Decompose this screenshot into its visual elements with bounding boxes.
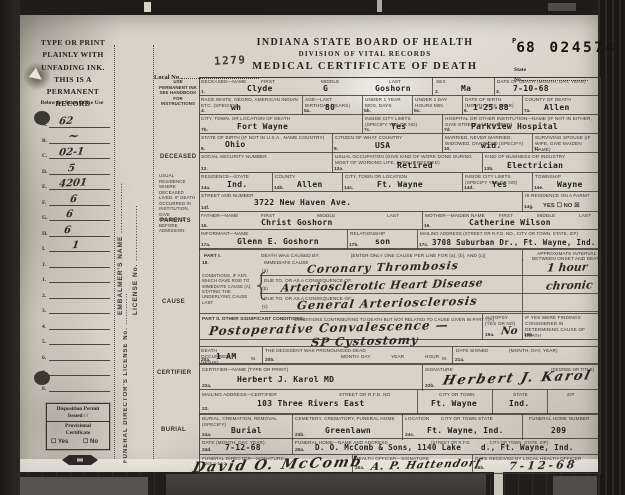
ssn-label: SOCIAL SECURITY NUMBER (201, 154, 267, 160)
value-occupation: Retired (397, 162, 433, 170)
office-use-line: C.02-1 (42, 146, 110, 159)
hours-min-label: HOURS MIN. (415, 103, 444, 109)
street-note: STREET OR R.F.D. NO (339, 392, 390, 398)
film-strip-top (0, 0, 625, 15)
value-certifier-city: Ft. Wayne (431, 400, 477, 408)
value-immediate-cause: Coronary Thrombosis (306, 260, 459, 275)
film-frame-gap (494, 472, 503, 495)
divider (272, 173, 273, 192)
last-header: LAST (387, 213, 399, 219)
value-relationship: son (375, 238, 390, 246)
office-use-line: I.1 (42, 239, 110, 252)
year-header: YEAR (391, 354, 404, 360)
location-label: LOCATION (405, 416, 429, 422)
deceased-name-label: DECEASED—NAME (201, 79, 246, 85)
industry-label: KIND OF BUSINESS OR INDUSTRY (485, 154, 565, 160)
strip-dotted-rule (114, 45, 115, 459)
value-last-name: Goshorn (375, 85, 411, 93)
value-date-of-death: 7-10-68 (513, 85, 549, 93)
field-parents-row: FATHER—NAME FIRST MIDDLE LAST 15. Christ… (199, 211, 599, 230)
value-certifier-state: Ind. (509, 400, 529, 408)
value-certifier-name: Herbert J. Karol MD (237, 376, 334, 384)
value-county-of-death: Allen (544, 104, 570, 112)
certificate-number-stamp: P68 024574 (512, 37, 617, 56)
field-birth-citizen-marital-row: STATE OF BIRTH (IF NOT IN U.S.A., NAME C… (199, 133, 599, 153)
funeral-home-row: DATE (MONTH, DAY, YEAR) 24d. 7-12-68 FUN… (199, 438, 599, 455)
checkbox-yes: ☐ Yes (51, 438, 68, 445)
film-frame-block (553, 476, 597, 495)
value-race: wh (231, 104, 241, 112)
divider (422, 365, 423, 391)
zip-label: ZIP (567, 392, 575, 398)
divider (494, 78, 495, 96)
value-underlying-cause-c: General Arteriosclerosis (296, 296, 478, 312)
certificate-label: Certificate (47, 430, 109, 436)
value-residence-inside-city: Yes (492, 181, 507, 189)
value-burial-type: Burial (231, 427, 262, 435)
film-strip-right (598, 0, 625, 495)
office-use-line: 2. (42, 286, 110, 299)
value-residence-county: Allen (297, 181, 323, 189)
office-use-line: G.6 (42, 208, 110, 221)
divider (422, 212, 423, 230)
field-race-age-dob-row: RACE WHITE, NEGRO, AMERICAN INDIAN ETC. … (199, 95, 599, 115)
office-use-line: 7. (42, 363, 110, 376)
findings-label: IF YES WERE FINDINGS CONSIDERED IN DETER… (525, 315, 597, 339)
disposition-title: Disposition Permit (47, 406, 109, 412)
street-note: (STREET OR R.F.D. (431, 440, 471, 445)
value-informant-address: 3708 Suburban Dr., Ft. Wayne, Ind. (432, 239, 596, 247)
ink-note: USE PERMANENT INK SEE HANDBOOK FOR INSTR… (159, 79, 197, 107)
value-age: 80 (325, 104, 335, 112)
section-deceased: DECEASED (160, 154, 197, 162)
provisional-label: Provisional (47, 423, 109, 429)
death-caused-by-label: DEATH WAS CAUSED BY: (261, 253, 320, 259)
value-date-of-birth: 1-25-88 (473, 104, 509, 112)
hour-header: HOUR (425, 354, 439, 360)
value-father-name: Christ Goshorn (261, 219, 333, 227)
divider (332, 153, 333, 173)
strip-dotted-rule (153, 45, 154, 459)
divider (452, 347, 453, 364)
city-or-town-label: CITY OR TOWN (439, 392, 475, 398)
value-residence-city: Ft. Wayne (377, 181, 423, 189)
checkbox-no: ☐ No (83, 438, 98, 445)
value-funeral-home-number: 209 (551, 427, 566, 435)
meridiem-label: M. (442, 356, 447, 362)
office-use-line: 3. (42, 301, 110, 314)
field-informant-row: INFORMANT—NAME 17a. Glenn E. Goshorn REL… (199, 229, 599, 249)
office-use-line: 1. (42, 270, 110, 283)
value-middle-name: G (323, 85, 328, 93)
page-title: MEDICAL CERTIFICATE OF DEATH (220, 61, 510, 72)
county-of-death-label: COUNTY OF DEATH (525, 97, 571, 103)
office-use-line: 4. (42, 317, 110, 330)
cause-body: 18. CONDITIONS, IF ANY, WHICH GAVE RISE … (199, 259, 599, 313)
value-street: 3722 New Haven Ave. (254, 199, 351, 207)
month-header: MONTH (341, 354, 359, 360)
value-marital-status: wid. (481, 142, 501, 150)
divider (522, 314, 523, 340)
film-slit (144, 2, 151, 12)
value-burial-location: Ft. Wayne, Ind. (427, 427, 504, 435)
enter-one-cause-note: [ENTER ONLY ONE CAUSE PER LINE FOR (a), … (351, 253, 486, 259)
surviving-spouse-label: SURVIVING SPOUSE (IF WIFE, GIVE MAIDEN N… (535, 135, 597, 153)
divider (492, 390, 493, 414)
father-name-label: FATHER—NAME (201, 213, 238, 219)
value-industry: Electrician (507, 162, 563, 170)
divider (522, 415, 523, 440)
divider (47, 421, 109, 422)
value-funeral-home-city: d., Ft. Wayne, Ind. (481, 444, 574, 452)
conditions-note: CONDITIONS, IF ANY, WHICH GAVE RISE TO I… (202, 273, 254, 305)
degree-title-note: (DEGREE OR TITLE) (551, 367, 594, 372)
certifier-address-row: MAILING ADDRESS—CERTIFIER STREET OR R.F.… (199, 389, 599, 414)
certifier-address-label: MAILING ADDRESS—CERTIFIER (202, 392, 277, 398)
state-label: STATE (513, 392, 528, 398)
value-cemetery: Greenlawn (325, 427, 371, 435)
value-hospital: Parkview Hospital (471, 123, 558, 131)
death-certificate: TYPE OR PRINT PLAINLY WITH UNFADING INK.… (20, 15, 598, 472)
location-subheaders: CITY OR TOWN STATE (441, 416, 493, 422)
field-street-farm-row: STREET AND NUMBER 14f. 3722 New Haven Av… (199, 191, 599, 212)
divider (522, 259, 523, 313)
office-use-line: F.6 (42, 193, 110, 206)
film-frame-block (20, 477, 148, 495)
date-signed-label: DATE SIGNED (456, 348, 489, 354)
value-residence-state: Ind. (227, 181, 247, 189)
value-mother-name: Catherine Wilson (469, 219, 551, 227)
divider (342, 173, 343, 192)
divider (292, 439, 293, 455)
arrow-stamp-icon (62, 455, 98, 465)
divider (402, 415, 403, 440)
divider (302, 96, 303, 115)
street-number-label: STREET AND NUMBER (201, 193, 254, 199)
value-funeral-home: D. O. McComb & Sons, 1140 Lake (315, 444, 461, 452)
office-use-line: A.62 (42, 115, 110, 128)
last-header: LAST (579, 213, 591, 219)
divider (462, 96, 463, 115)
divider (362, 115, 363, 134)
value-interval-a: 1 hour (546, 261, 588, 273)
meridiem-label: M. (251, 356, 256, 362)
office-use-line: 6. (42, 348, 110, 361)
field-ssn-occupation-row: SOCIAL SECURITY NUMBER 12. USUAL OCCUPAT… (199, 152, 599, 173)
cemetery-label: CEMETERY, CREMATORY, FUNERAL HOME (295, 416, 395, 422)
divider (262, 347, 263, 364)
value-farm-checkboxes: YES ☐ NO ☒ (543, 203, 580, 210)
signatures-row: FUNERAL DIRECTOR—SIGNATURE David O. McCo… (199, 454, 599, 473)
divider (462, 173, 463, 192)
disposition-permit-box: Disposition Permit Issued / / Provisiona… (46, 403, 110, 450)
divider (417, 390, 418, 414)
mos-days-label: MOS. DAYS (365, 103, 392, 109)
divider (532, 173, 533, 192)
value-burial-date: 7-12-68 (225, 444, 261, 452)
value-sex: Ma (461, 85, 471, 93)
value-date-received: 7-12-68 (508, 459, 578, 472)
residence-city-label: CITY, TOWN OR LOCATION (345, 174, 407, 180)
informant-label: INFORMANT—NAME (201, 231, 249, 237)
office-use-line: 8. (42, 379, 110, 392)
city-of-death-label: CITY, TOWN, OR LOCATION OF DEATH (201, 116, 290, 122)
office-use-line: J. (42, 255, 110, 268)
local-no-value: 1279 (214, 54, 247, 67)
section-certifier: CERTIFIER (157, 370, 191, 378)
disposition-issued: Issued / / (47, 413, 109, 419)
state-office-use-label: Below for State Office Use (26, 100, 118, 106)
certifier-name-label: CERTIFIER—NAME (TYPE OR PRINT) (202, 367, 288, 373)
film-frame-block (166, 474, 486, 495)
burial-row: BURIAL, CREMATION, REMOVAL (SPECIFY) 24a… (199, 413, 599, 440)
divider (412, 96, 413, 115)
divider (522, 96, 523, 115)
divider (332, 134, 333, 153)
township-label: TOWNSHIP (535, 174, 561, 180)
divider (522, 192, 523, 212)
signature-label: SIGNATURE (425, 367, 453, 373)
value-inside-city-limits: Yes (391, 123, 406, 131)
informant-address-label: MAILING ADDRESS (STREET OR R.F.D. NO., C… (420, 231, 578, 237)
film-slit (377, 0, 382, 12)
office-use-line: E.4201 (42, 177, 110, 190)
divider (417, 230, 418, 249)
state-of-birth-label: STATE OF BIRTH (IF NOT IN U.S.A., NAME C… (201, 135, 326, 141)
divider (442, 134, 443, 153)
health-officer-signature: A. P. Hattendorf (370, 458, 483, 472)
microfilm-scan: TYPE OR PRINT PLAINLY WITH UNFADING INK.… (0, 0, 625, 495)
divider (362, 96, 363, 115)
value-city-of-death: Fort Wayne (237, 123, 288, 131)
residence-state-label: RESIDENCE—STATE (201, 174, 249, 180)
value-township: Wayne (557, 181, 583, 189)
relationship-label: RELATIONSHIP (350, 231, 385, 237)
farm-label: IS RESIDENCE ON A FARM? (525, 193, 590, 199)
under-1-day-label: UNDER 1 DAY (415, 97, 447, 103)
value-informant: Glenn E. Goshorn (237, 238, 319, 246)
immediate-cause-label: IMMEDIATE CAUSE (264, 260, 309, 266)
value-certifier-address: 103 Three Rivers East (257, 400, 364, 408)
under-1-year-label: UNDER 1 YEAR (365, 97, 401, 103)
residence-county-label: COUNTY (275, 174, 295, 180)
sex-label: SEX (436, 79, 446, 85)
section-parents: PARENTS (160, 218, 191, 226)
value-autopsy: No (500, 325, 518, 336)
org-title: INDIANA STATE BOARD OF HEALTH (220, 37, 510, 48)
office-use-line: B.~ (42, 131, 110, 144)
division-title: DIVISION OF VITAL RECORDS (220, 50, 510, 58)
form-code: 26b 2-54-2 (205, 461, 226, 466)
office-use-line: D.5 (42, 162, 110, 175)
funeral-home-number-label: FUNERAL HOME NUMBER (529, 416, 590, 422)
death-occurred-row: DEATH OCCURRED (HOUR) 20a. 1 AM M. THE D… (199, 346, 599, 364)
divider (442, 115, 443, 134)
pronounced-dead-label: THE DECEDENT WAS PRONOUNCED DEAD (265, 348, 366, 354)
date-format-note: (MONTH, DAY, YEAR) (509, 348, 558, 354)
day-header: DAY (361, 354, 371, 360)
embalmer-name-label: EMBALMER'S NAME .................. (117, 110, 124, 315)
field-deceased-name-row: DECEASED—NAME FIRST MIDDLE LAST 1. Clyde… (199, 77, 599, 96)
section-cause: CAUSE (162, 299, 185, 307)
embalmer-license-label: LICENSE No. .................... (132, 120, 139, 315)
value-citizen: USA (375, 142, 390, 150)
part1-label: PART I. (204, 253, 221, 259)
field-place-of-death-row: CITY, TOWN, OR LOCATION OF DEATH 7b. For… (199, 114, 599, 134)
value-interval-b: chronic (545, 279, 593, 291)
divider (547, 390, 548, 414)
race-label: RACE WHITE, NEGRO, AMERICAN INDIAN ETC. … (201, 97, 299, 109)
value-state-of-birth: Ohio (225, 141, 245, 149)
office-use-line: H.6 (42, 224, 110, 237)
office-use-line: 5. (42, 332, 110, 345)
divider (347, 230, 348, 249)
citizen-label: CITIZEN OF WHAT COUNTRY (335, 135, 402, 141)
film-strip-left (0, 0, 20, 495)
field-residence-row: RESIDENCE—STATE 14a. Ind. COUNTY 14b. Al… (199, 172, 599, 192)
certifier-row: CERTIFIER—NAME (TYPE OR PRINT) 22a. Herb… (199, 363, 599, 391)
section-burial: BURIAL (161, 427, 186, 435)
value-death-hour: 1 AM (216, 353, 236, 361)
value-first-name: Clyde (247, 85, 273, 93)
funeral-director-license-label: FUNERAL DIRECTOR'S LICENSE No. .........… (123, 303, 129, 463)
divider (482, 153, 483, 173)
divider (432, 78, 433, 96)
film-mark (548, 3, 576, 11)
divider (532, 134, 533, 153)
part2-label: PART II. OTHER SIGNIFICANT CONDITIONS: (202, 316, 305, 322)
divider (292, 415, 293, 440)
